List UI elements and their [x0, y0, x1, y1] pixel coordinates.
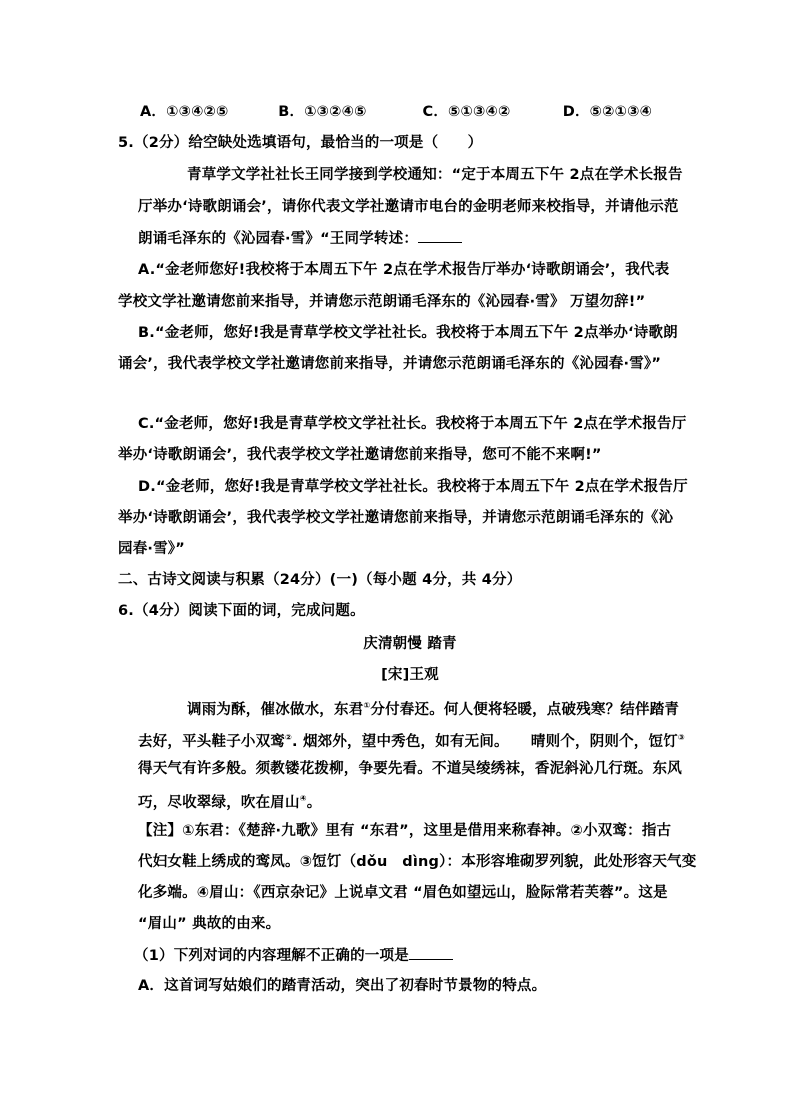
poem-text: 。 — [307, 795, 322, 811]
poem-title: 庆清朝慢 踏青 — [15, 634, 790, 654]
footnote-marker: ④ — [300, 794, 307, 803]
sub-question-text: （1）下列对词的内容理解不正确的一项是 — [134, 948, 409, 964]
footnote-marker: ② — [285, 733, 292, 742]
q5-passage-line-2: 厅举办‘诗歌朗诵会’，请你代表文学社邀请市电台的金明老师来校指导，并请他示范 — [138, 197, 679, 217]
q5-option-d-line-1: D.“金老师，您好!我是青草学校文学社社长。我校将于本周五下午 2点在学术报告厅 — [138, 477, 688, 497]
q5-option-d-line-2: 举办‘诗歌朗诵会’，我代表学校文学社邀请您前来指导，并请您示范朗诵毛泽东的《沁 — [118, 508, 673, 528]
q4-option-d: D．⑤②①③④ — [563, 102, 652, 122]
poem-author: [宋]王观 — [15, 665, 790, 685]
poem-text: 去好，平头鞋子小双鸾 — [138, 734, 285, 750]
poem-line-2: 去好，平头鞋子小双鸾②. 烟郊外，望中秀色，如有无间。 晴则个，阴则个，饾饤③ — [138, 728, 685, 752]
q4-option-b: B．①③②④⑤ — [278, 102, 417, 122]
footnote-marker: ③ — [678, 733, 685, 742]
q6-stem: 6.（4分）阅读下面的词，完成问题。 — [118, 601, 365, 621]
q5-option-a-line-2: 学校文学社邀请您前来指导，并请您示范朗诵毛泽东的《沁园春·雪》 万望勿辞!” — [118, 292, 645, 312]
q5-stem: 5.（2分）给空缺处选填语句，最恰当的一项是（ ） — [118, 133, 482, 153]
poem-line-3: 得天气有许多般。须教镂花拨柳，争要先看。不道吴绫绣袜，香泥斜沁几行斑。东风 — [138, 759, 682, 779]
q5-option-b-line-1: B.“金老师，您好!我是青草学校文学社社长。我校将于本周五下午 2点举办‘诗歌朗 — [138, 323, 678, 343]
section-2-heading: 二、古诗文阅读与积累（24分）(一)（每小题 4分，共 4分） — [118, 570, 521, 590]
q6-sub1-stem: （1）下列对词的内容理解不正确的一项是 — [134, 945, 453, 966]
q5-option-d-line-3: 园春·雪》” — [118, 539, 185, 559]
q5-passage-text: 朗诵毛泽东的《沁园春·雪》“王同学转述： — [138, 231, 418, 247]
q5-option-c-line-2: 举办‘诗歌朗诵会’，我代表学校文学社邀请您前来指导，您可不能不来啊!” — [118, 445, 602, 465]
notes-line-2: 代妇女鞋上绣成的鸾凤。③饾饤（dǒu dìng）：本形容堆砌罗列貌，此处形容天气… — [138, 852, 696, 872]
poem-text: 巧，尽收翠绿，吹在眉山 — [138, 795, 300, 811]
poem-text: 分付春还。何人便将轻暖，点破残寒？结伴踏青 — [370, 702, 679, 718]
q5-option-b-line-2: 诵会’，我代表学校文学社邀请您前来指导，并请您示范朗诵毛泽东的《沁园春·雪》” — [118, 354, 661, 374]
q5-option-a-line-1: A.“金老师您好!我校将于本周五下午 2点在学术报告厅举办‘诗歌朗诵会’，我代表 — [138, 260, 669, 280]
poem-text: 调雨为酥，催冰做水，东君 — [187, 702, 363, 718]
notes-line-3: 化多端。④眉山：《西京杂记》上说卓文君 “眉色如望远山，脸际常若芙蓉”。这是 — [138, 883, 668, 903]
q5-option-c-line-1: C.“金老师，您好!我是青草学校文学社社长。我校将于本周五下午 2点在学术报告厅 — [138, 414, 686, 434]
poem-text: . 烟郊外，望中秀色，如有无间。 晴则个，阴则个，饾饤 — [292, 734, 678, 750]
q4-option-a: A．①③④②⑤ — [140, 102, 273, 122]
poem-line-1: 调雨为酥，催冰做水，东君①分付春还。何人便将轻暖，点破残寒？结伴踏青 — [187, 696, 679, 720]
notes-line-4: “眉山” 典故的由来。 — [138, 914, 280, 934]
q4-option-c: C．⑤①③④② — [423, 102, 558, 122]
q5-passage-line-3: 朗诵毛泽东的《沁园春·雪》“王同学转述： — [138, 228, 462, 249]
answer-blank — [418, 228, 462, 243]
notes-line-1: 【注】①东君：《楚辞·九歌》里有 “东君”，这里是借用来称春神。②小双鸾：指古 — [138, 821, 671, 841]
q5-passage-line-1: 青草学文学社社长王同学接到学校通知：“定于本周五下午 2点在学术长报告 — [187, 165, 683, 185]
q6-sub1-option-a: A．这首词写姑娘们的踏青活动，突出了初春时节景物的特点。 — [138, 976, 546, 996]
poem-line-4: 巧，尽收翠绿，吹在眉山④。 — [138, 789, 321, 813]
q4-options: A．①③④②⑤ B．①③②④⑤ C．⑤①③④② D．⑤②①③④ — [140, 102, 652, 122]
answer-blank — [409, 945, 453, 960]
